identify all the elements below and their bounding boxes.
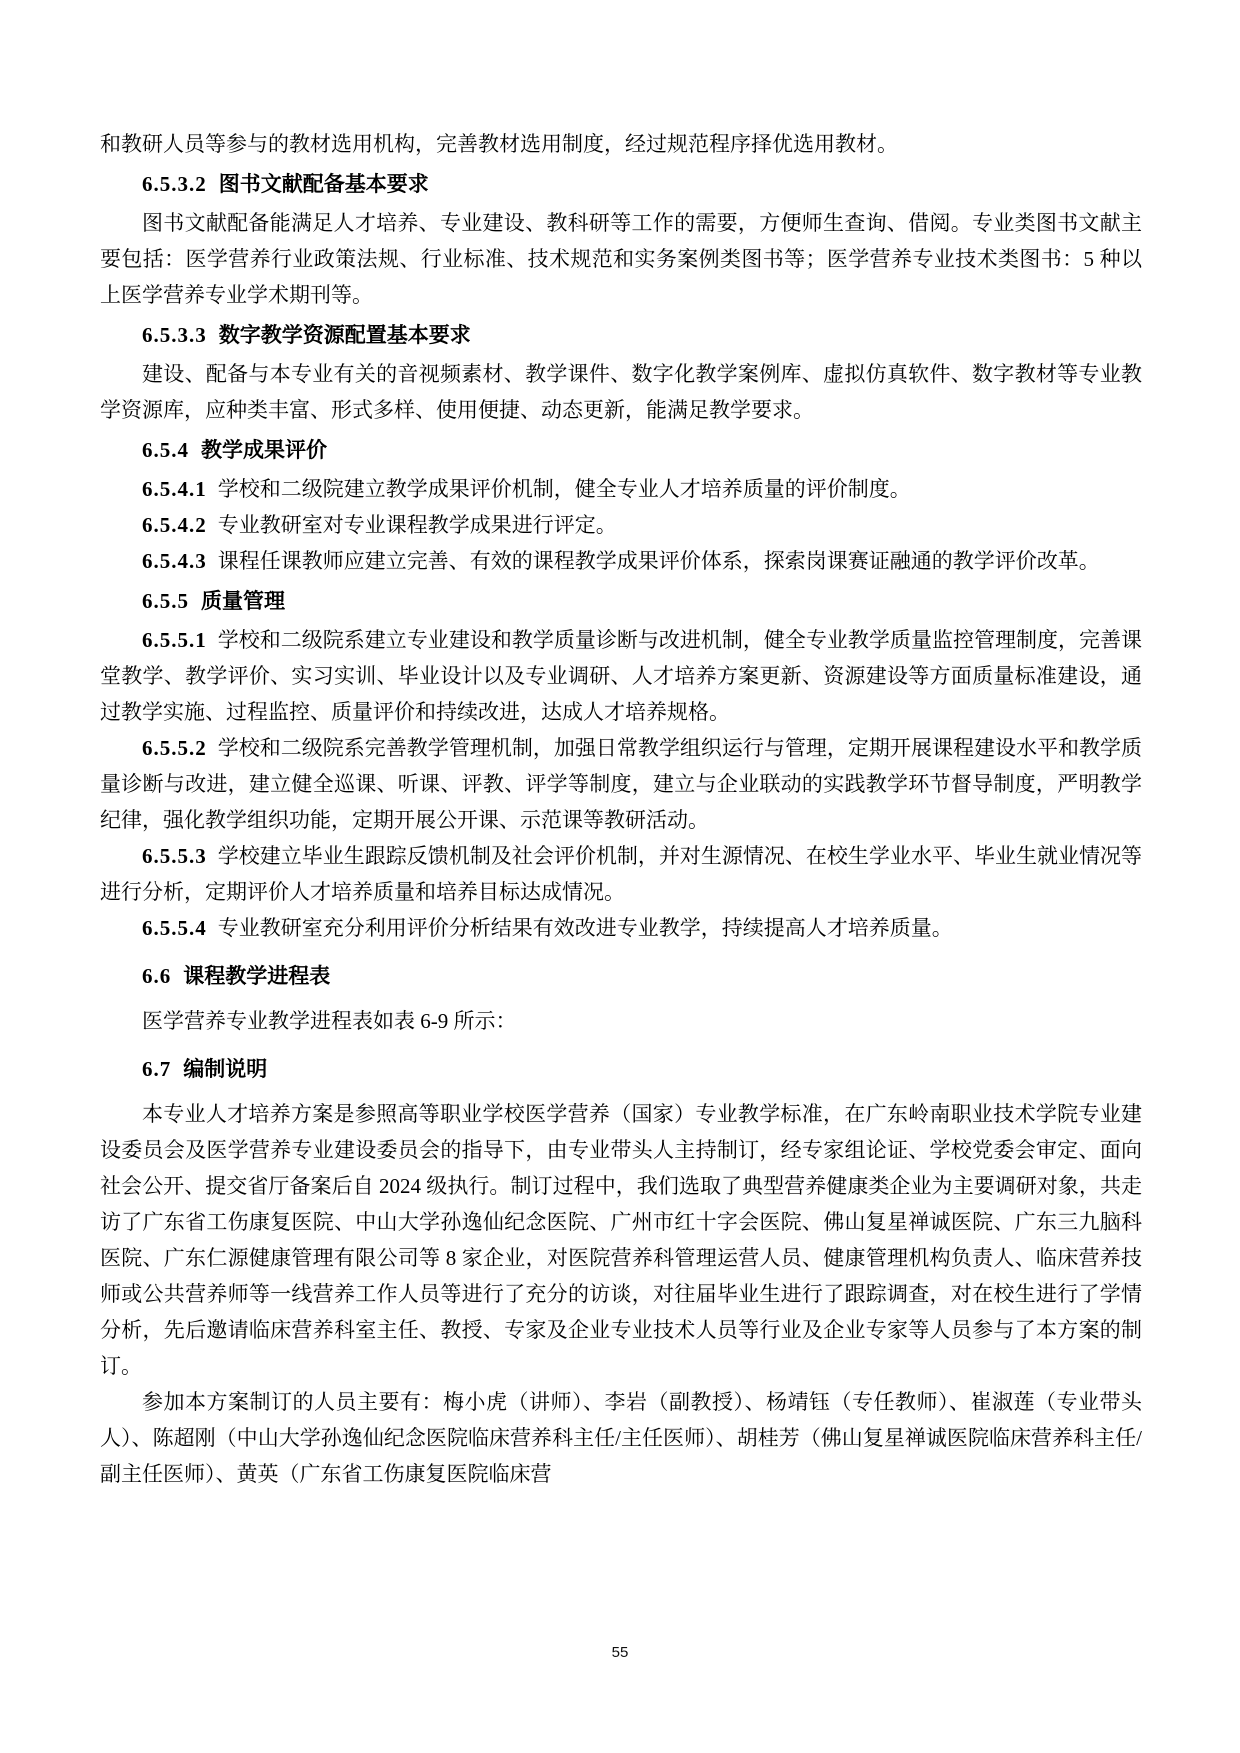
numbered-paragraph: 6.5.4.1学校和二级院建立教学成果评价机制，健全专业人才培养质量的评价制度。 [100,471,1142,507]
paragraph-text: 学校和二级院建立教学成果评价机制，健全专业人才培养质量的评价制度。 [218,477,911,501]
body-paragraph: 和教研人员等参与的教材选用机构，完善教材选用制度，经过规范程序择优选用教材。 [100,126,1142,162]
heading-title: 图书文献配备基本要求 [219,173,429,196]
paragraph-text: 学校和二级院系建立专业建设和教学质量诊断与改进机制，健全专业教学质量监控管理制度… [100,628,1142,724]
numbered-paragraph: 6.5.5.2学校和二级院系完善教学管理机制，加强日常教学组织运行与管理，定期开… [100,730,1142,838]
body-paragraph: 本专业人才培养方案是参照高等职业学校医学营养（国家）专业教学标准，在广东岭南职业… [100,1096,1142,1384]
numbered-paragraph: 6.5.5.3学校建立毕业生跟踪反馈机制及社会评价机制，并对生源情况、在校生学业… [100,838,1142,910]
section-heading-6-5-5: 6.5.5质量管理 [100,583,1142,620]
document-page: 和教研人员等参与的教材选用机构，完善教材选用制度，经过规范程序择优选用教材。 6… [0,0,1240,1753]
heading-title: 课程教学进程表 [183,965,330,988]
heading-number: 6.5.4 [142,438,189,462]
document-body: 和教研人员等参与的教材选用机构，完善教材选用制度，经过规范程序择优选用教材。 6… [100,126,1142,1492]
paragraph-text: 学校和二级院系完善教学管理机制，加强日常教学组织运行与管理，定期开展课程建设水平… [100,736,1142,832]
paragraph-number: 6.5.4.1 [142,477,207,501]
paragraph-number: 6.5.5.4 [142,916,207,940]
body-paragraph: 建设、配备与本专业有关的音视频素材、教学课件、数字化教学案例库、虚拟仿真软件、数… [100,356,1142,428]
paragraph-number: 6.5.5.2 [142,736,207,760]
heading-number: 6.5.3.3 [142,323,207,347]
section-heading-6-5-3-3: 6.5.3.3数字教学资源配置基本要求 [100,317,1142,354]
paragraph-text: 专业教研室充分利用评价分析结果有效改进专业教学，持续提高人才培养质量。 [218,916,953,940]
heading-number: 6.5.5 [142,589,189,613]
heading-number: 6.7 [142,1057,171,1081]
numbered-paragraph: 6.5.4.2专业教研室对专业课程教学成果进行评定。 [100,507,1142,543]
section-heading-6-7: 6.7编制说明 [100,1051,1142,1088]
paragraph-number: 6.5.4.3 [142,549,207,573]
paragraph-number: 6.5.5.3 [142,844,207,868]
numbered-paragraph: 6.5.5.1学校和二级院系建立专业建设和教学质量诊断与改进机制，健全专业教学质… [100,622,1142,730]
page-number: 55 [0,1644,1240,1661]
section-heading-6-5-3-2: 6.5.3.2图书文献配备基本要求 [100,166,1142,203]
heading-title: 编制说明 [183,1058,267,1081]
heading-number: 6.5.3.2 [142,172,207,196]
heading-number: 6.6 [142,964,171,988]
body-paragraph: 医学营养专业教学进程表如表 6-9 所示： [100,1003,1142,1039]
paragraph-text: 学校建立毕业生跟踪反馈机制及社会评价机制，并对生源情况、在校生学业水平、毕业生就… [100,844,1142,904]
heading-title: 质量管理 [201,590,285,613]
paragraph-number: 6.5.4.2 [142,513,207,537]
body-paragraph: 图书文献配备能满足人才培养、专业建设、教科研等工作的需要，方便师生查询、借阅。专… [100,205,1142,313]
paragraph-text: 课程任课教师应建立完善、有效的课程教学成果评价体系，探索岗课赛证融通的教学评价改… [218,549,1100,573]
heading-title: 数字教学资源配置基本要求 [219,324,471,347]
numbered-paragraph: 6.5.4.3课程任课教师应建立完善、有效的课程教学成果评价体系，探索岗课赛证融… [100,543,1142,579]
heading-title: 教学成果评价 [201,439,327,462]
numbered-paragraph: 6.5.5.4专业教研室充分利用评价分析结果有效改进专业教学，持续提高人才培养质… [100,910,1142,946]
section-heading-6-5-4: 6.5.4教学成果评价 [100,432,1142,469]
section-heading-6-6: 6.6课程教学进程表 [100,958,1142,995]
body-paragraph: 参加本方案制订的人员主要有：梅小虎（讲师）、李岩（副教授）、杨靖钰（专任教师）、… [100,1384,1142,1492]
paragraph-text: 专业教研室对专业课程教学成果进行评定。 [218,513,617,537]
paragraph-number: 6.5.5.1 [142,628,207,652]
